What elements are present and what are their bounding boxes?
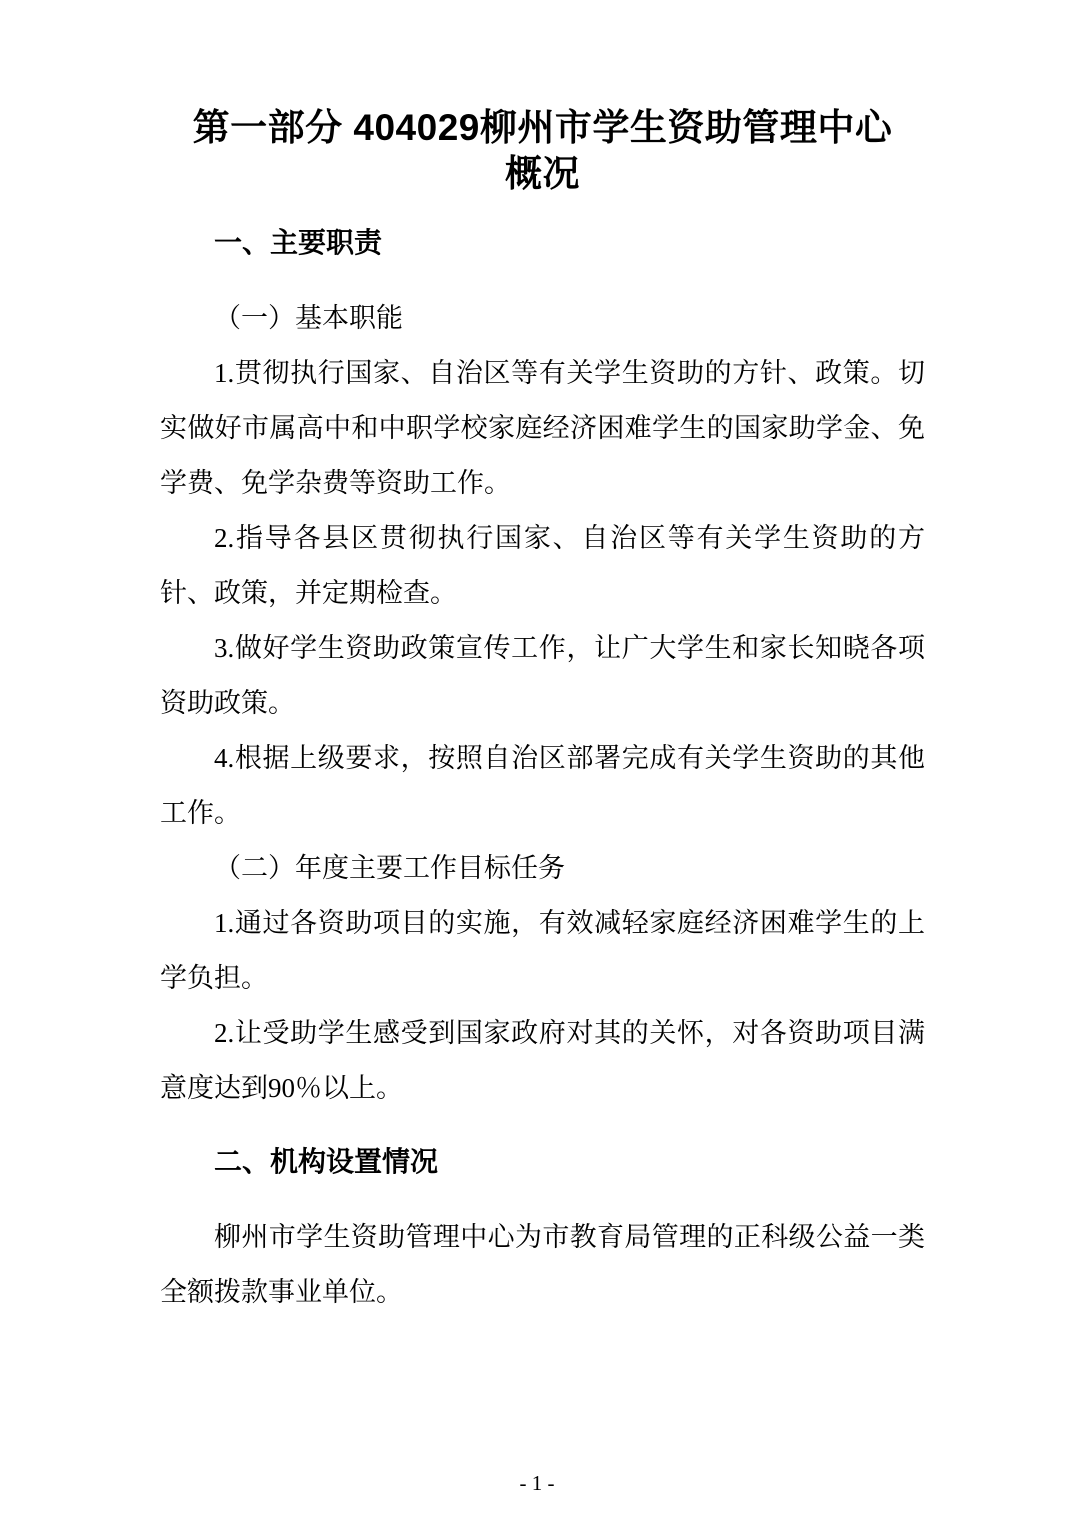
document-title: 第一部分 404029柳州市学生资助管理中心 概况 [160, 105, 925, 197]
document-title-line-2: 概况 [160, 151, 925, 197]
paragraph-duty-1: 1.贯彻执行国家、自治区等有关学生资助的方针、政策。切实做好市属高中和中职学校家… [160, 346, 925, 511]
document-page: 第一部分 404029柳州市学生资助管理中心 概况 一、主要职责 （一）基本职能… [0, 0, 1074, 1520]
page-number: - 1 - [0, 1470, 1074, 1496]
section-heading-organization-setup: 二、机构设置情况 [160, 1147, 925, 1177]
subheading-basic-functions: （一）基本职能 [160, 291, 925, 346]
section-heading-main-duties: 一、主要职责 [160, 228, 925, 258]
paragraph-goal-2: 2.让受助学生感受到国家政府对其的关怀，对各资助项目满意度达到90％以上。 [160, 1006, 925, 1116]
paragraph-duty-2: 2.指导各县区贯彻执行国家、自治区等有关学生资助的方针、政策，并定期检查。 [160, 511, 925, 621]
paragraph-organization-info: 柳州市学生资助管理中心为市教育局管理的正科级公益一类全额拨款事业单位。 [160, 1210, 925, 1320]
paragraph-duty-4: 4.根据上级要求，按照自治区部署完成有关学生资助的其他工作。 [160, 731, 925, 841]
paragraph-goal-1: 1.通过各资助项目的实施，有效减轻家庭经济困难学生的上学负担。 [160, 896, 925, 1006]
document-title-line-1: 第一部分 404029柳州市学生资助管理中心 [160, 105, 925, 151]
subheading-annual-goals: （二）年度主要工作目标任务 [160, 841, 925, 896]
paragraph-duty-3: 3.做好学生资助政策宣传工作，让广大学生和家长知晓各项资助政策。 [160, 621, 925, 731]
